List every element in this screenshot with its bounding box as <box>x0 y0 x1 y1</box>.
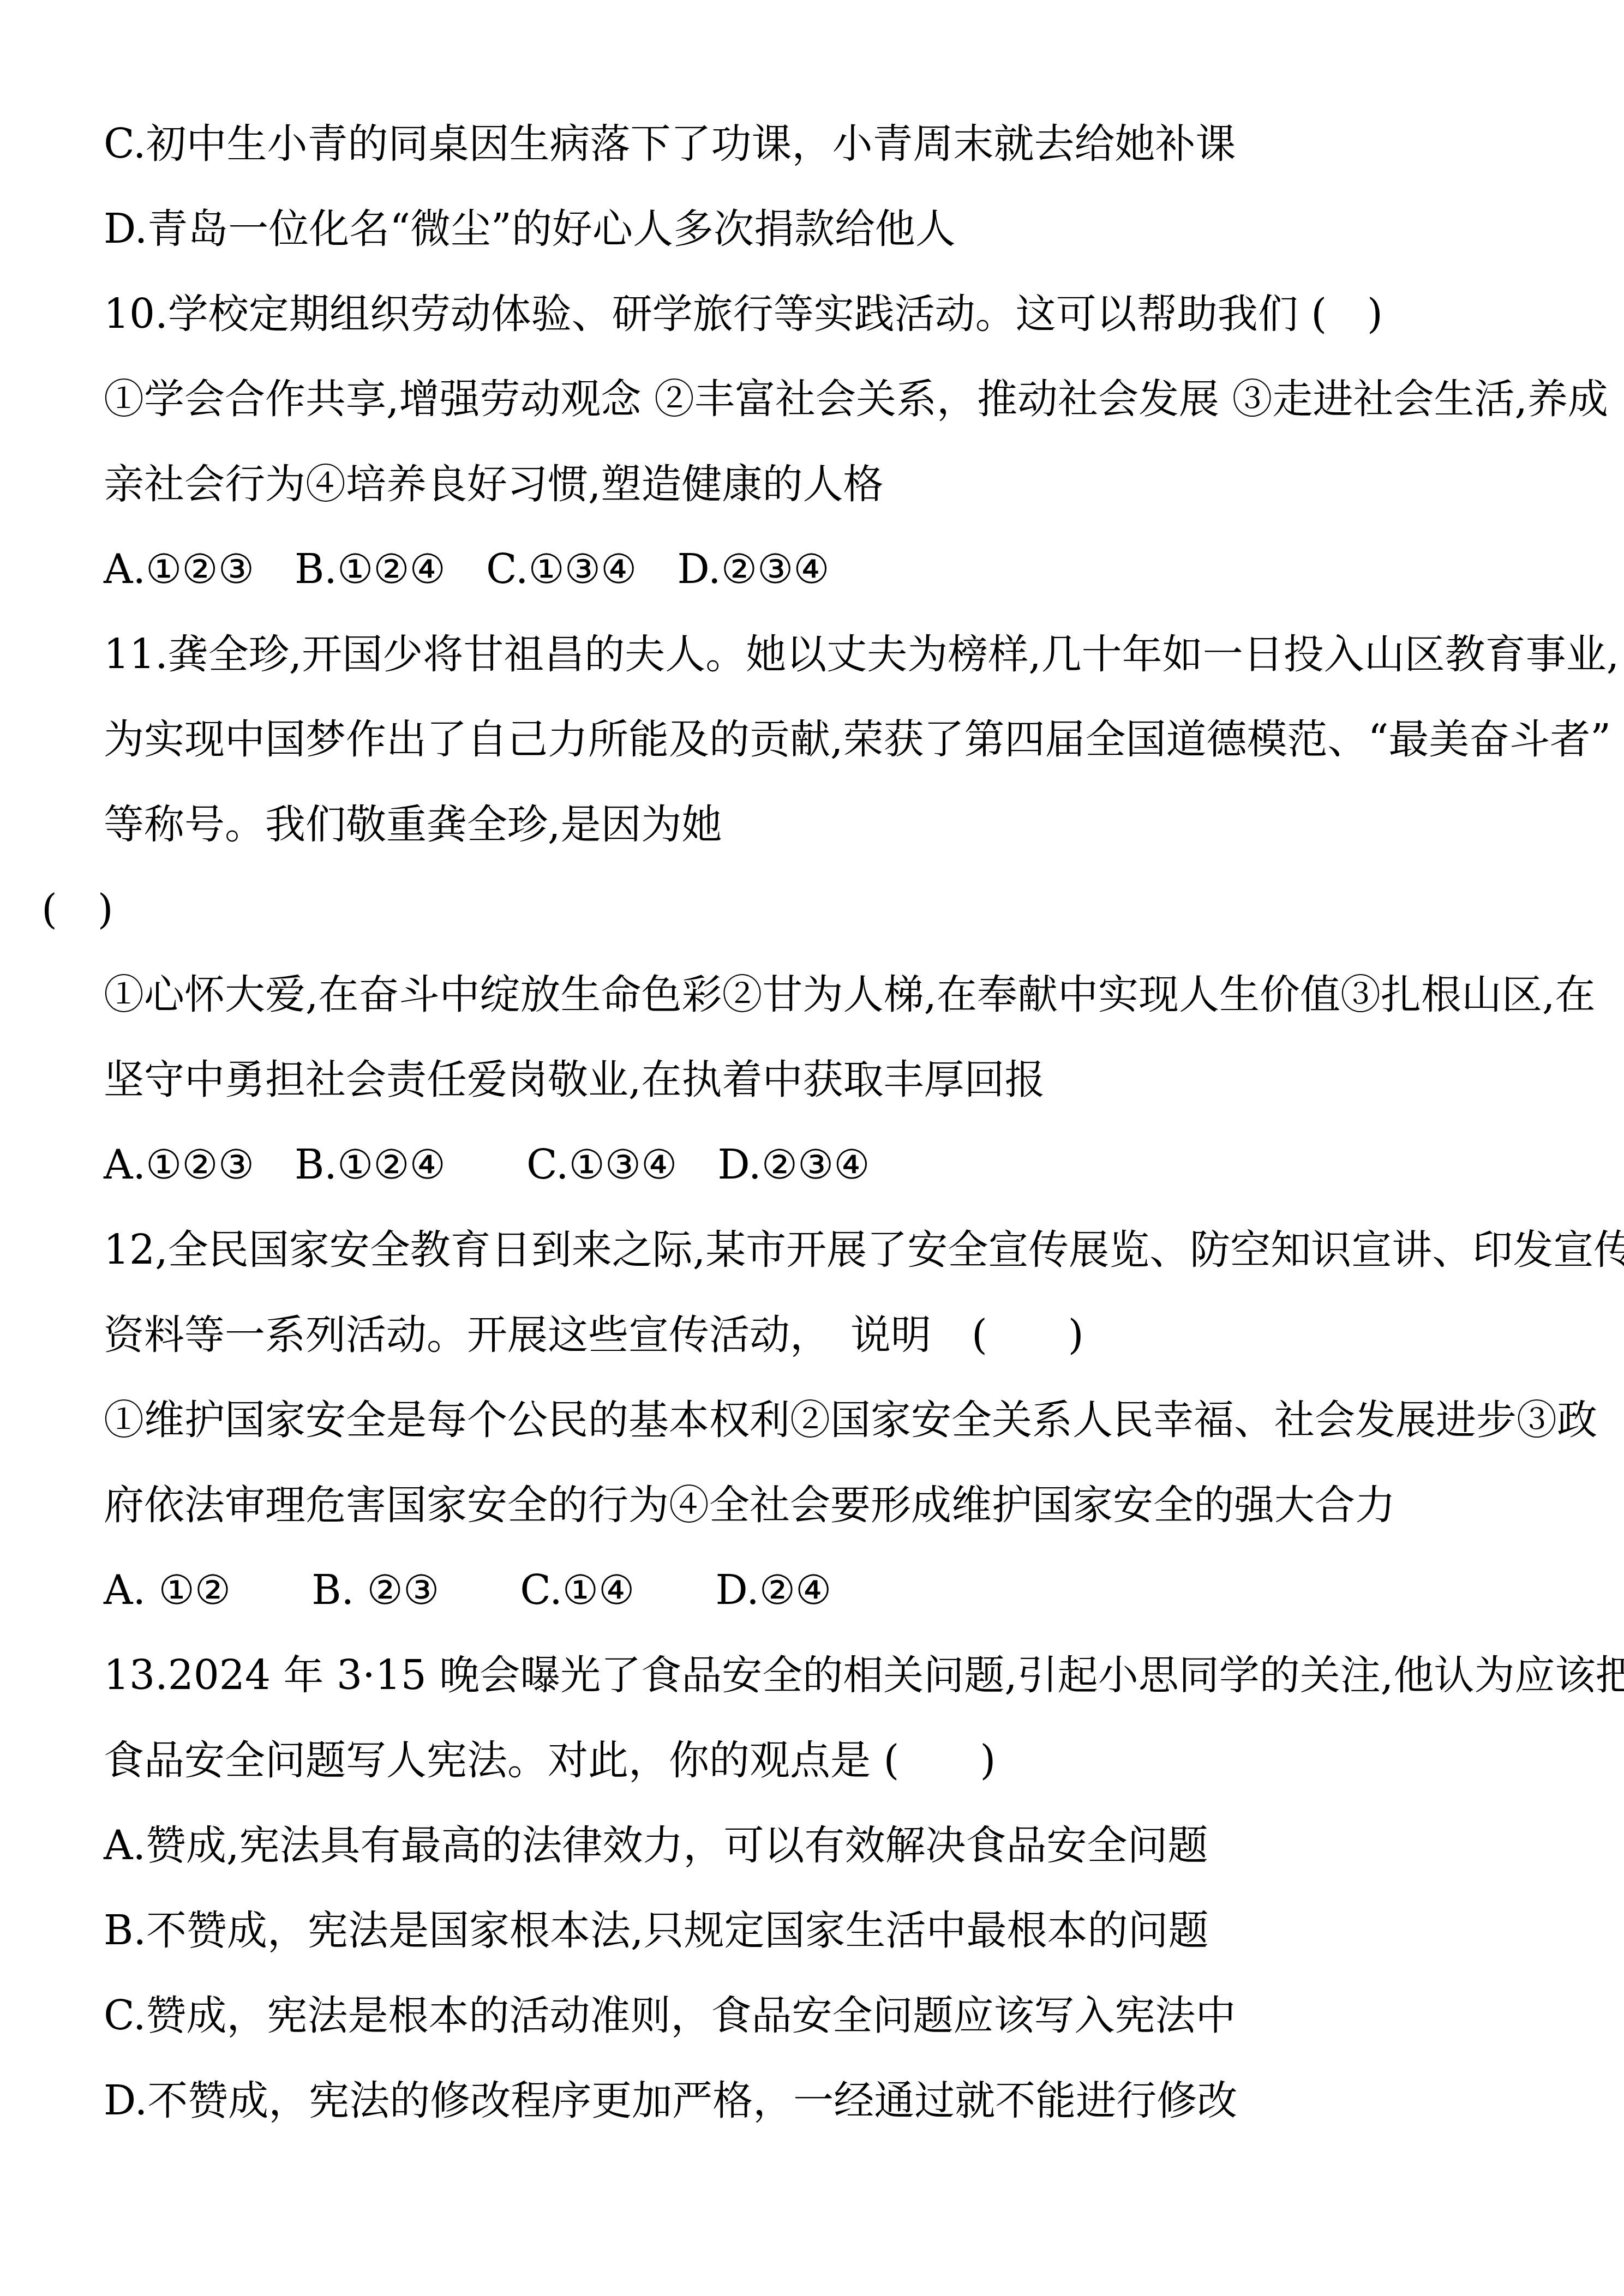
q11-options: A.①②③ B.①②④ C.①③④ D.②③④ <box>104 1122 1591 1207</box>
exam-document-page: C.初中生小青的同桌因生病落下了功课，小青周末就去给她补课D.青岛一位化名“微尘… <box>0 0 1624 2296</box>
q13-option-c: C.赞成，宪法是根本的活动准则，食品安全问题应该写入宪法中 <box>104 1973 1591 2058</box>
q12-items-2: 府依法审理危害国家安全的行为④全社会要形成维护国家安全的强大合力 <box>104 1463 1591 1548</box>
q12-items-1: ①维护国家安全是每个公民的基本权利②国家安全关系人民幸福、社会发展进步③政 <box>104 1378 1591 1463</box>
q12-stem-2: 资料等一系列活动。开展这些宣传活动， 说明 ( ) <box>104 1293 1591 1378</box>
q12-options: A. ①② B. ②③ C.①④ D.②④ <box>104 1548 1591 1633</box>
q10-stem: 10.学校定期组织劳动体验、研学旅行等实践活动。这可以帮助我们 ( ) <box>104 272 1591 357</box>
q13-option-b: B.不赞成，宪法是国家根本法,只规定国家生活中最根本的问题 <box>104 1888 1591 1973</box>
q12-stem-1: 12,全民国家安全教育日到来之际,某市开展了安全宣传展览、防空知识宣讲、印发宣传 <box>104 1207 1591 1293</box>
q10-items-1: ①学会合作共享,增强劳动观念 ②丰富社会关系，推动社会发展 ③走进社会生活,养成 <box>104 357 1591 442</box>
q11-stem-2: 为实现中国梦作出了自己力所能及的贡献,荣获了第四届全国道德模范、“最美奋斗者” <box>104 697 1591 782</box>
q13-option-d: D.不赞成，宪法的修改程序更加严格，一经通过就不能进行修改 <box>104 2058 1591 2143</box>
q11-stem-1: 11.龚全珍,开国少将甘祖昌的夫人。她以丈夫为榜样,几十年如一日投入山区教育事业… <box>104 612 1591 697</box>
q11-stem-3: 等称号。我们敬重龚全珍,是因为她 <box>104 782 1591 867</box>
q13-stem-1: 13.2024 年 3·15 晚会曝光了食品安全的相关问题,引起小思同学的关注,… <box>104 1633 1591 1718</box>
q10-items-2: 亲社会行为④培养良好习惯,塑造健康的人格 <box>104 442 1591 527</box>
q9-option-c: C.初中生小青的同桌因生病落下了功课，小青周末就去给她补课 <box>104 101 1591 187</box>
q11-items-1: ①心怀大爱,在奋斗中绽放生命色彩②甘为人梯,在奉献中实现人生价值③扎根山区,在 <box>104 952 1591 1037</box>
q11-answer-blank: ( ) <box>41 867 1591 952</box>
q13-stem-2: 食品安全问题写人宪法。对此，你的观点是 ( ) <box>104 1718 1591 1803</box>
q10-options: A.①②③ B.①②④ C.①③④ D.②③④ <box>104 527 1591 612</box>
q11-items-2: 坚守中勇担社会责任爱岗敬业,在执着中获取丰厚回报 <box>104 1037 1591 1122</box>
q9-option-d: D.青岛一位化名“微尘”的好心人多次捐款给他人 <box>104 187 1591 272</box>
q13-option-a: A.赞成,宪法具有最高的法律效力，可以有效解决食品安全问题 <box>104 1803 1591 1888</box>
